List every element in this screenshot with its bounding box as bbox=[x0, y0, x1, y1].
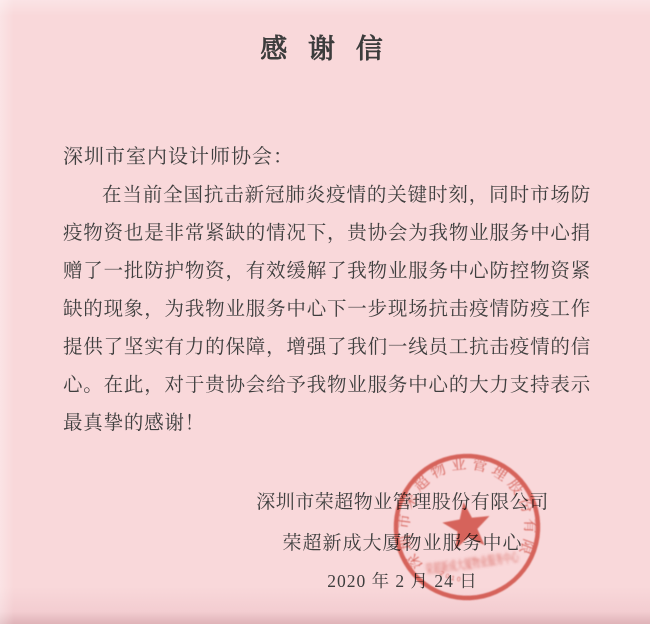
letter-title: 感 谢 信 bbox=[0, 27, 650, 66]
letter-body: 在当前全国抗击新冠肺炎疫情的关键时刻，同时市场防疫物资也是非常紧缺的情况下，贵协… bbox=[63, 177, 591, 443]
salutation: 深圳市室内设计师协会： bbox=[63, 140, 294, 169]
signature-department: 荣超新成大厦物业服务中心 bbox=[255, 532, 550, 556]
signature-block: 深圳市荣超物业管理股份有限公司 荣超新成大厦物业服务中心 2020 年 2 月 … bbox=[255, 491, 550, 592]
signature-company: 深圳市荣超物业管理股份有限公司 bbox=[255, 491, 550, 515]
letter-page: 感 谢 信 深圳市室内设计师协会： 在当前全国抗击新冠肺炎疫情的关键时刻，同时市… bbox=[0, 0, 650, 624]
signature-date: 2020 年 2 月 24 日 bbox=[255, 570, 550, 592]
